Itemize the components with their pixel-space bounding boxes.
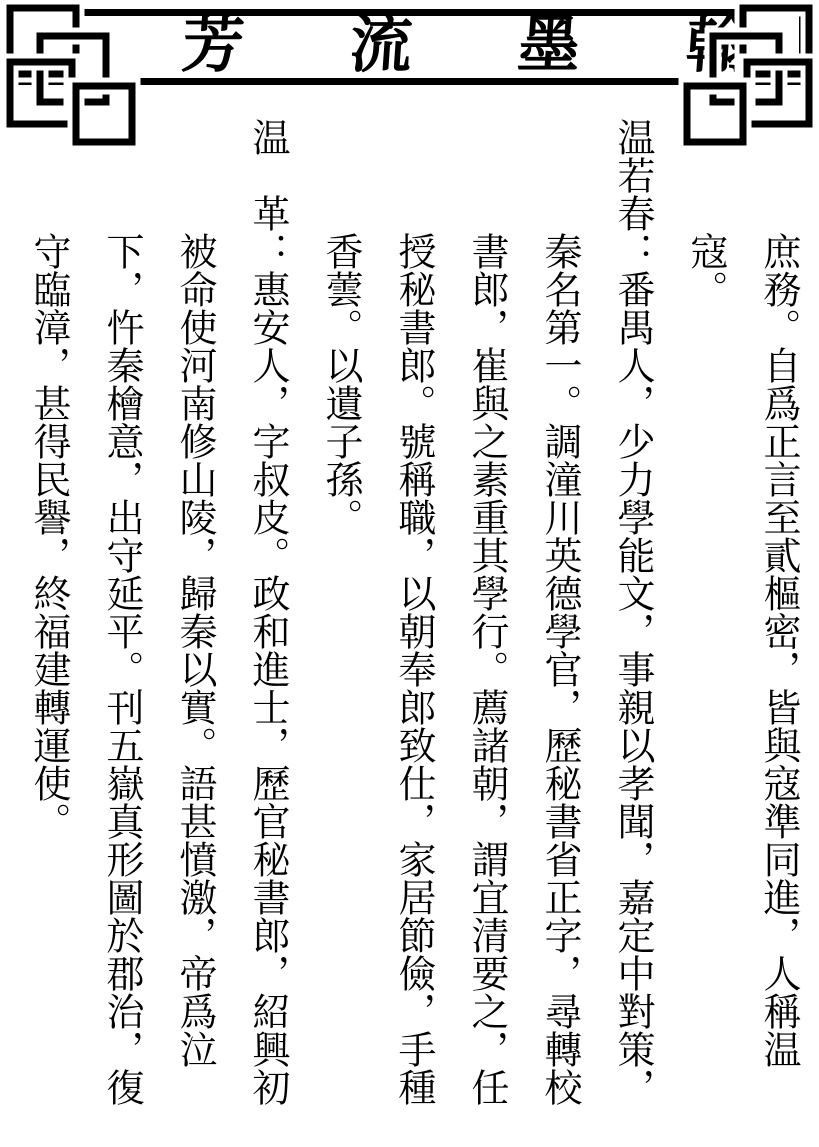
title-char: 墨 [516, 15, 582, 77]
title-char: 芳 [180, 15, 246, 77]
text-column: 庶務。自爲正言至貳樞密，皆與寇準同進，人稱温 [741, 118, 814, 1147]
text-column: 書郎，崔與之素重其學行。薦諸朝，謂宜清要之，任 [449, 118, 522, 1147]
text-column: 寇。 [668, 118, 741, 1147]
document-page: 芳 流 墨 翰 庶務。自爲正言至貳樞密，皆與寇準同進 [0, 0, 819, 1147]
text-column: 守臨漳，甚得民譽，終福建轉運使。 [11, 118, 84, 1147]
text-column: 被命使河南修山陵，歸秦以實。語甚憤激，帝爲泣 [157, 118, 230, 1147]
text-columns: 庶務。自爲正言至貳樞密，皆與寇準同進，人稱温 寇。 温若春：番禺人，少力學能文，… [2, 118, 814, 1147]
text-column: 温若春：番禺人，少力學能文，事親以孝聞，嘉定中對策， [595, 118, 668, 1147]
text-column: 下，忤秦檜意，出守延平。刊五嶽真形圖於郡治，復 [84, 118, 157, 1147]
text-column: 温 革：惠安人，字叔皮。政和進士，歷官秘書郎，紹興初 [230, 118, 303, 1147]
title-char: 流 [348, 15, 414, 77]
text-column: 秦名第一。調潼川英德學官，歷秘書省正字，尋轉校 [522, 118, 595, 1147]
text-column: 香蕓。以遺子孫。 [303, 118, 376, 1147]
text-column: 授秘書郎。號稱職，以朝奉郎致仕，家居節儉，手種 [376, 118, 449, 1147]
